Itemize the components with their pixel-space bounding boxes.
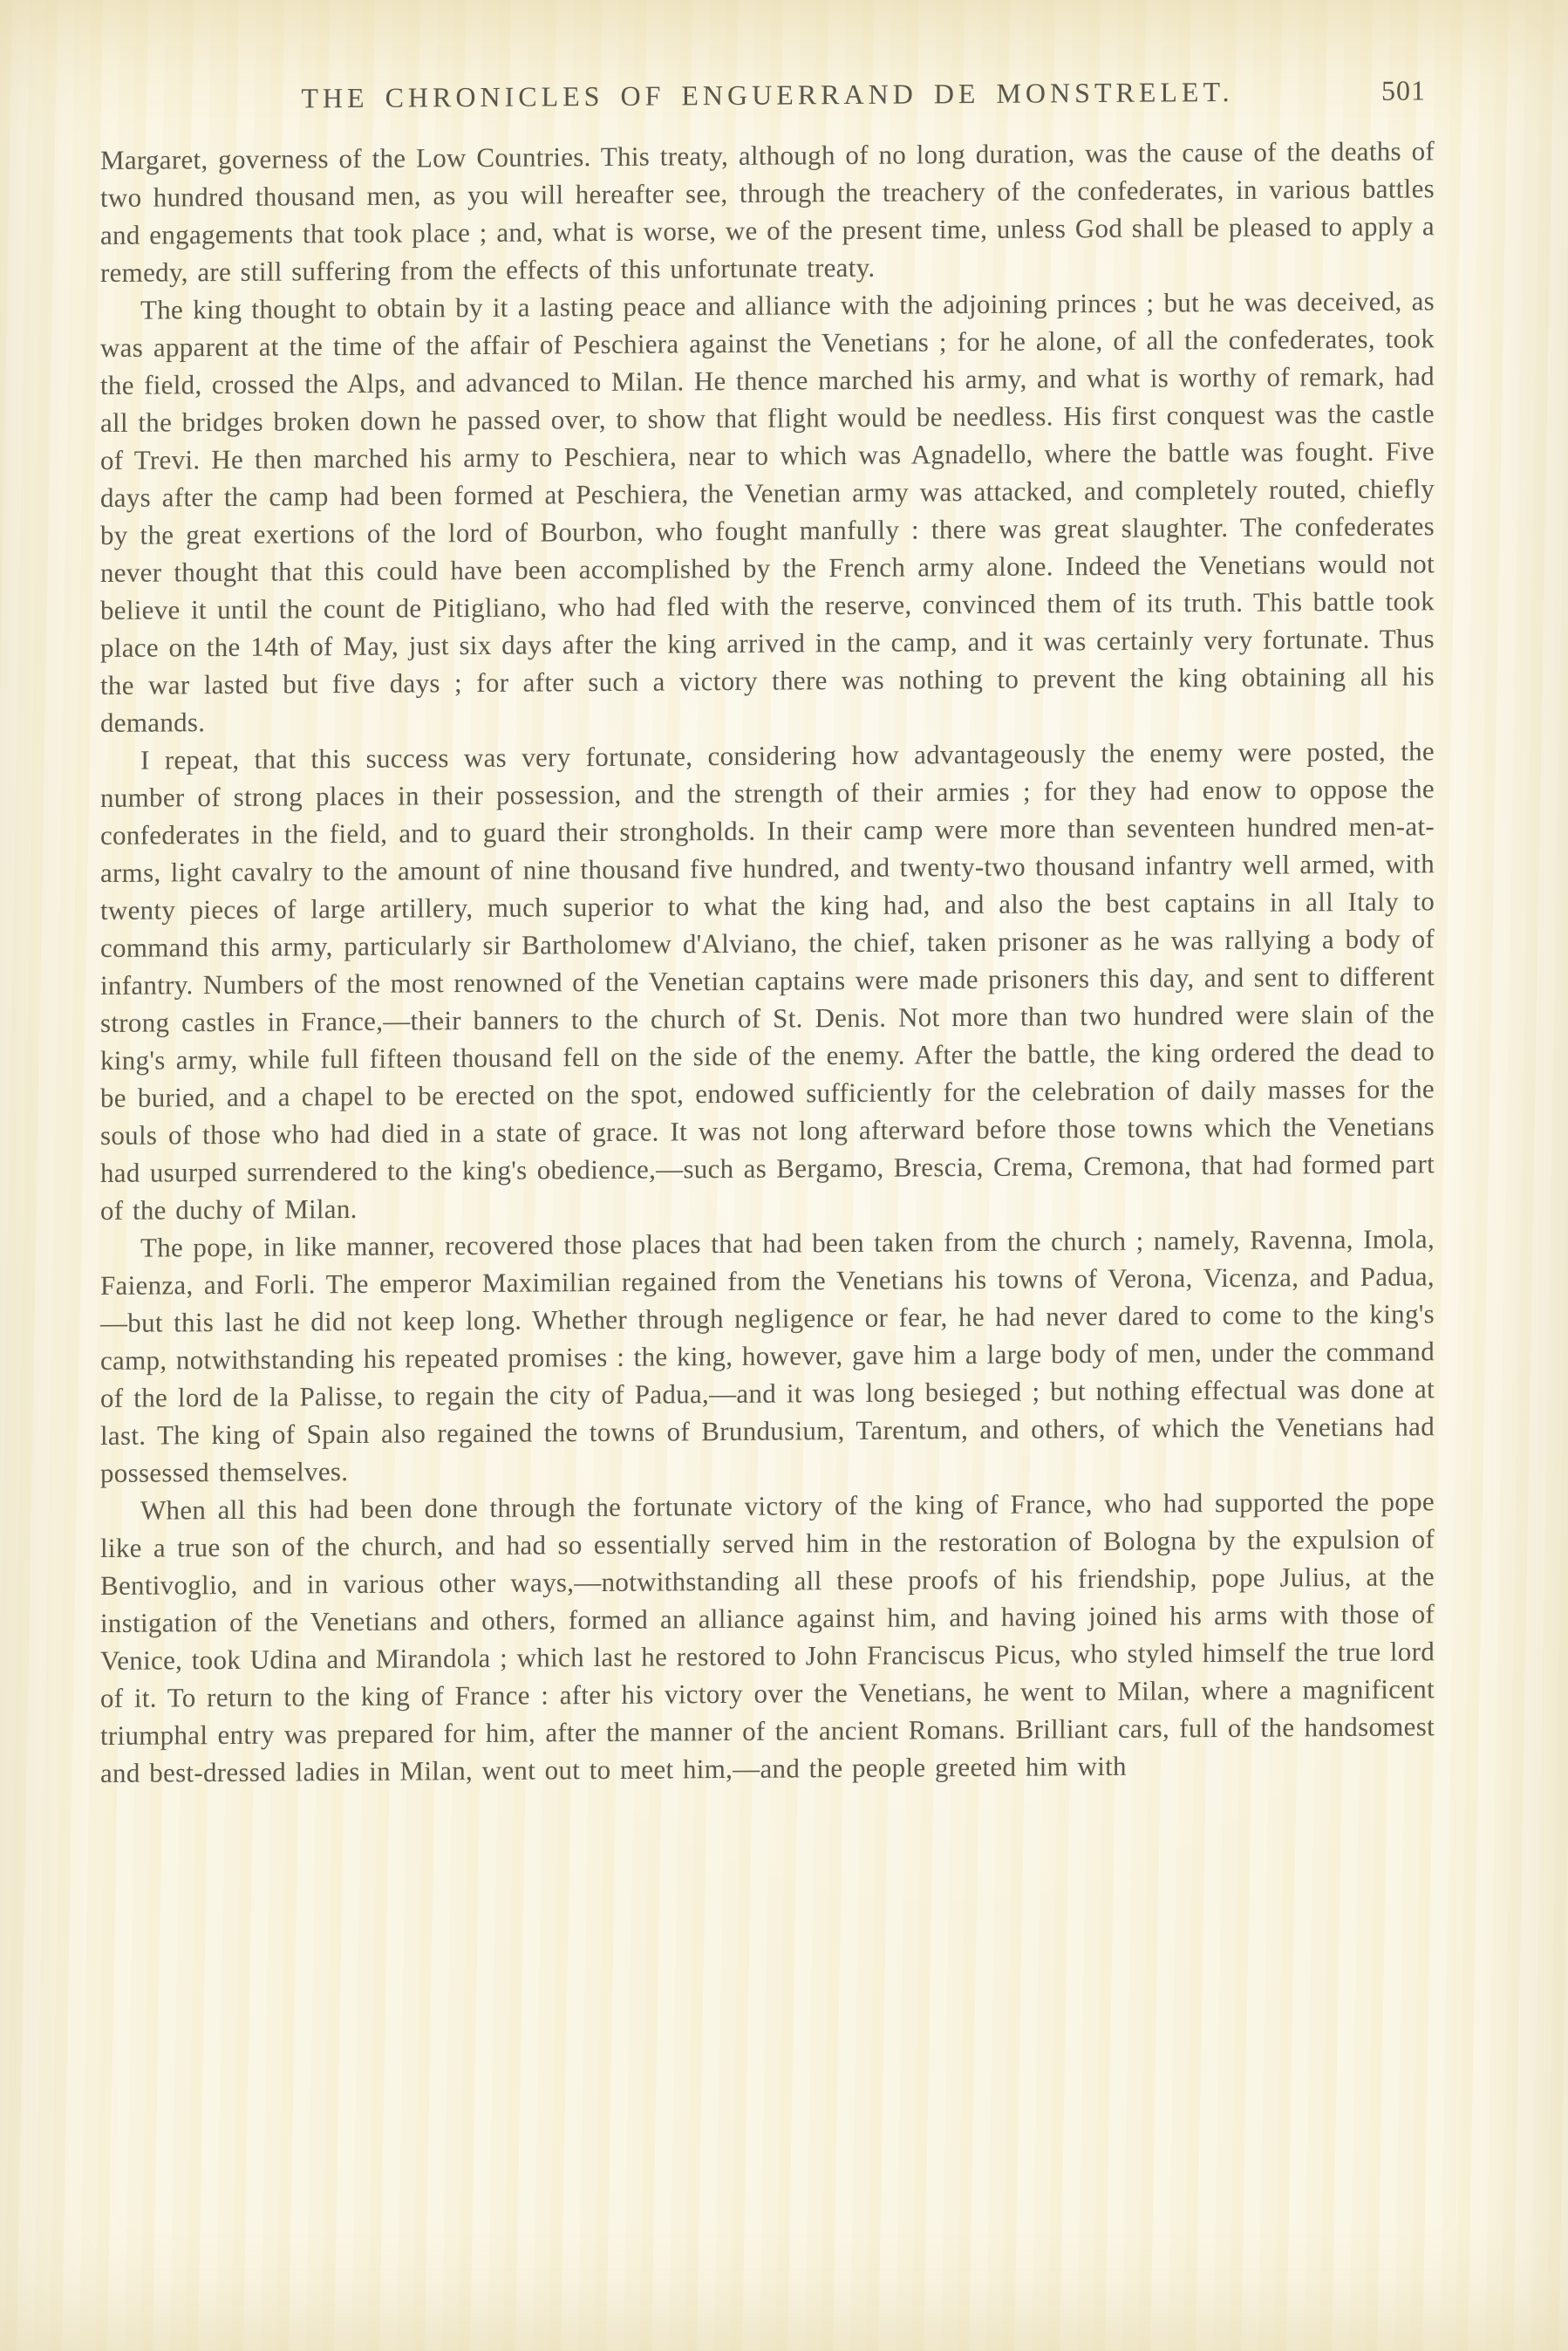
page-body: Margaret, governess of the Low Countries… <box>100 132 1435 1792</box>
paragraph: The king thought to obtain by it a lasti… <box>100 282 1435 742</box>
book-page: THE CHRONICLES OF ENGUERRAND DE MONSTREL… <box>0 0 1568 2351</box>
page-content: THE CHRONICLES OF ENGUERRAND DE MONSTREL… <box>100 74 1435 1792</box>
page-header: THE CHRONICLES OF ENGUERRAND DE MONSTREL… <box>100 74 1435 122</box>
paragraph: I repeat, that this success was very for… <box>100 732 1435 1229</box>
paragraph: When all this had been done through the … <box>100 1482 1435 1792</box>
page-number: 501 <box>1381 74 1426 106</box>
paragraph: The pope, in like manner, recovered thos… <box>100 1220 1435 1492</box>
paragraph: Margaret, governess of the Low Countries… <box>100 132 1435 291</box>
running-title: THE CHRONICLES OF ENGUERRAND DE MONSTREL… <box>100 74 1435 116</box>
